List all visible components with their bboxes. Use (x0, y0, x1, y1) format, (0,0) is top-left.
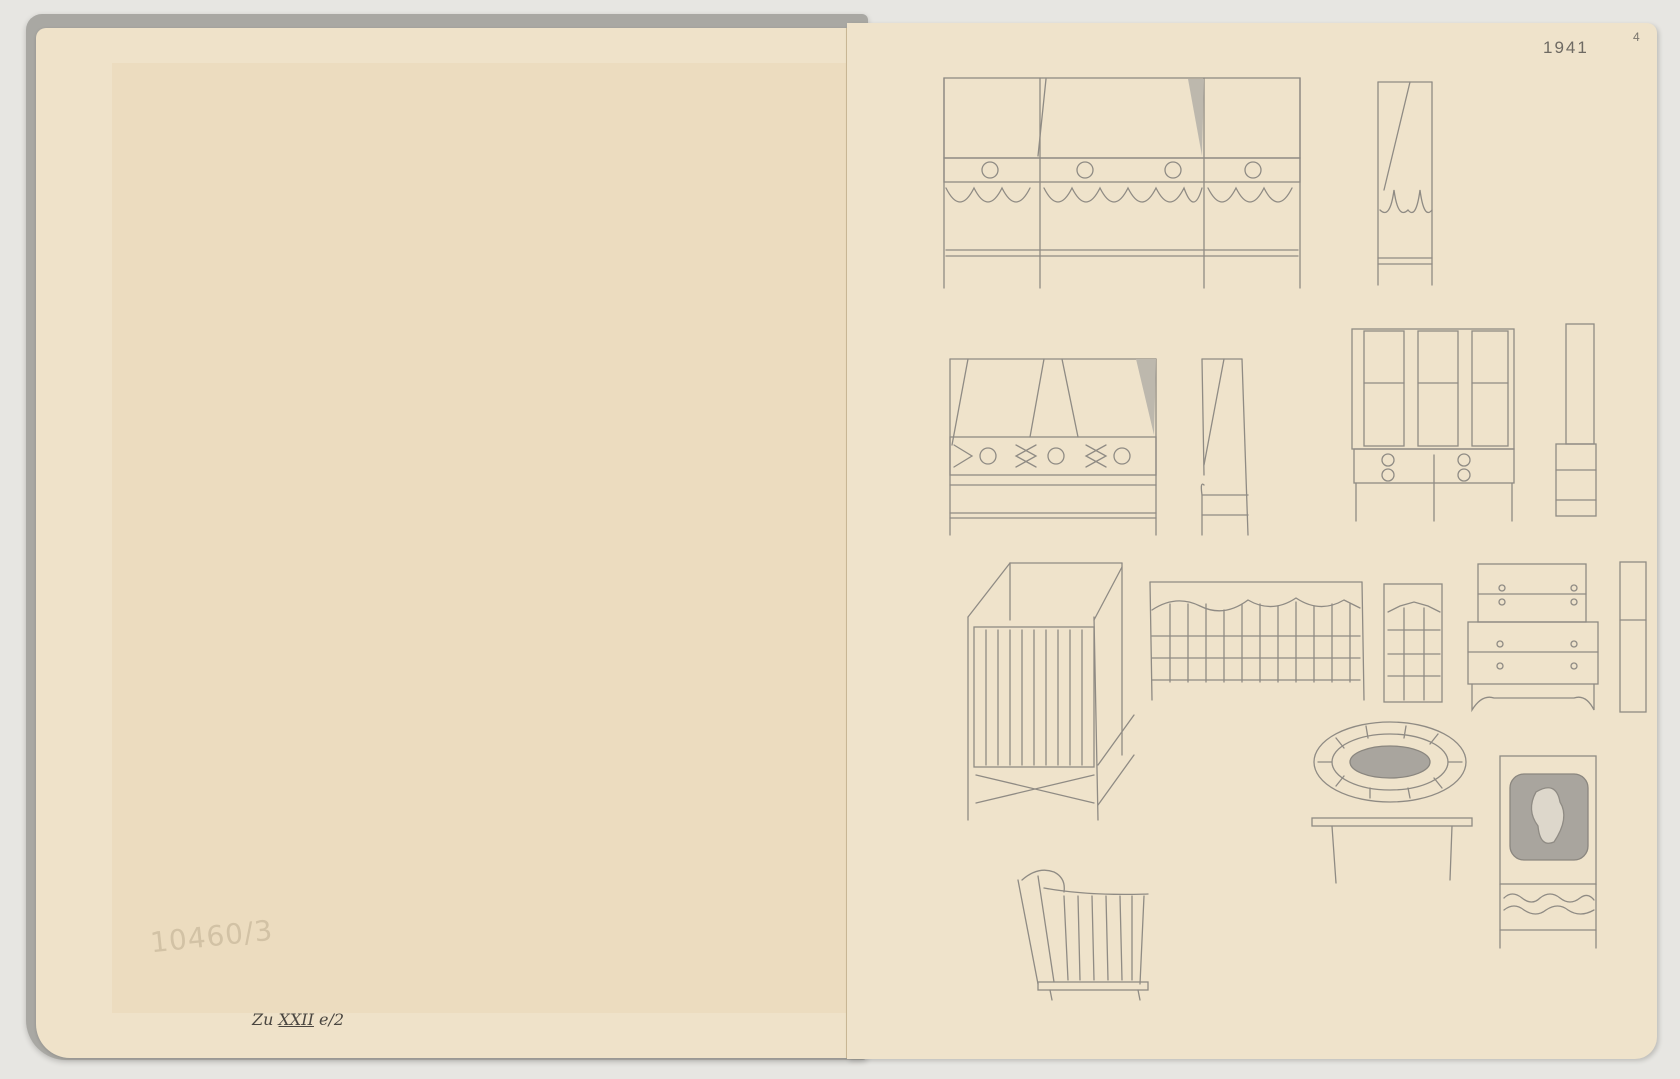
tissue-overlay (112, 63, 881, 1013)
sketch-crib-front (1146, 578, 1366, 703)
year-annotation: 1941 (1543, 38, 1589, 58)
reference-numeral: XXII (279, 1010, 314, 1029)
sketch-chest-side (1614, 560, 1648, 715)
sketch-daybed-side (1196, 355, 1256, 540)
sketch-cabinet-side (1548, 320, 1604, 520)
sketch-curtained-bed-side (1368, 80, 1438, 288)
sketch-armchair (1008, 862, 1158, 1002)
left-page (36, 28, 848, 1058)
sketch-cradle-perspective (964, 555, 1134, 825)
sketch-crib-end (1380, 580, 1446, 705)
sketch-chest-of-drawers (1464, 562, 1600, 712)
page-number: 4 (1633, 30, 1640, 44)
sketch-curtained-bed-front (940, 76, 1305, 291)
sketch-fire-screen (1496, 752, 1598, 952)
sketch-oval-table (1306, 718, 1476, 888)
reference-prefix: Zu (252, 1010, 273, 1029)
sketch-daybed-front (946, 355, 1161, 540)
reference-note: Zu XXII e/2 (252, 1010, 344, 1029)
reference-suffix: e/2 (319, 1010, 344, 1029)
sketch-cabinet-front (1348, 325, 1518, 525)
